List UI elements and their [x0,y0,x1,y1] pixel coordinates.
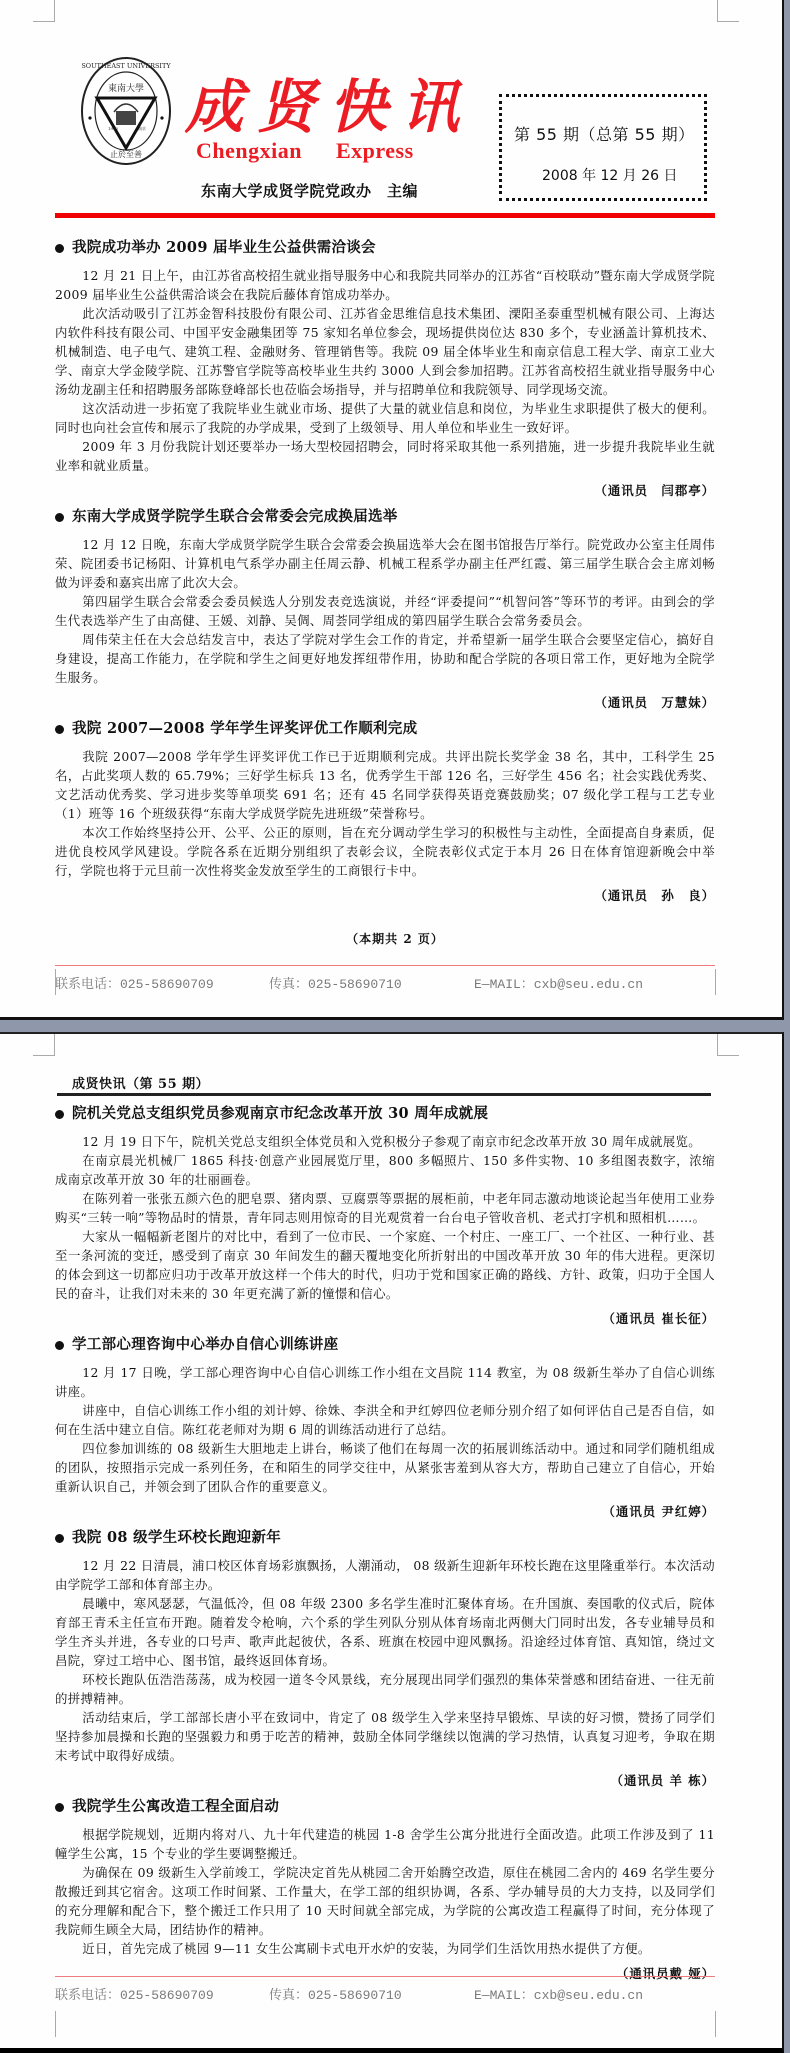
article-paragraph: 2009 年 3 月份我院计划还要举办一场大型校园招聘会，同时将采取其他一系列措… [55,437,715,475]
page-footer: 联系电话：025-58690709 传真：025-58690710 E—MAIL… [55,1984,715,2003]
article-paragraph: 在南京晨光机械厂 1865 科技·创意产业园展览厅里，800 多幅照片、150 … [55,1151,715,1189]
article-paragraph: 晨曦中，寒风瑟瑟，气温低冷，但 08 年级 2300 多名学生准时汇聚体育场。在… [55,1594,715,1670]
article-paragraph: 12 月 12 日晚，东南大学成贤学院学生联合会常委会换届选举大会在图书馆报告厅… [55,535,715,592]
article-headline: 学工部心理咨询中心举办自信心训练讲座 [55,1333,715,1357]
article-paragraph: 12 月 19 日下午，院机关党总支组织全体党员和入党积极分子参观了南京市纪念改… [55,1132,715,1151]
bullet-icon [55,1110,64,1119]
page2-articles: 院机关党总支组织党员参观南京市纪念改革开放 30 周年成就展 12 月 19 日… [55,1102,715,1988]
svg-text:南京: 南京 [138,125,146,131]
bullet-icon [55,513,64,522]
crop-mark-top-right [717,0,739,22]
document-page-1: 東南大學 SOUTHEAST UNIVERSITY 1902 南京 止於至善 成… [0,0,784,1020]
article-paragraph: 我院 2007—2008 学年学生评奖评优工作已于近期顺利完成。共评出院长奖学金… [55,747,715,823]
contact-fax: 传真：025-58690710 [269,1984,474,2003]
article-headline: 院机关党总支组织党员参观南京市纪念改革开放 30 周年成就展 [55,1102,715,1126]
crop-mark-top-right [717,1034,739,1056]
footer-divider [55,965,715,966]
article-paragraph: 周伟荣主任在大会总结发言中，表达了学院对学生会工作的肯定，并希望新一届学生联合会… [55,630,715,687]
bullet-icon [55,244,64,253]
article-headline: 我院学生公寓改造工程全面启动 [55,1795,715,1819]
contact-phone: 联系电话：025-58690709 [55,973,269,992]
article-paragraph: 第四届学生联合会常委会委员候选人分别发表竞选演说，并经“评委提问”“机智问答”等… [55,592,715,630]
bullet-icon [55,1803,64,1812]
svg-text:止於至善: 止於至善 [110,149,142,159]
article-paragraph: 根据学院规划，近期内将对八、九十年代建造的桃园 1-8 舍学生公寓分批进行全面改… [55,1825,715,1863]
crop-mark-bottom-right [715,2011,716,2037]
article-paragraph: 四位参加训练的 08 级新生大胆地走上讲台，畅谈了他们在每周一次的拓展训练活动中… [55,1439,715,1496]
masthead-divider [55,213,715,218]
article: 院机关党总支组织党员参观南京市纪念改革开放 30 周年成就展 12 月 19 日… [55,1102,715,1328]
crop-mark-top-left [33,1034,55,1056]
article: 我院 2007—2008 学年学生评奖评优工作顺利完成 我院 2007—2008… [55,717,715,905]
article-byline: （通讯员戴 娅） [55,1964,715,1983]
contact-email: E—MAIL：cxb@seu.edu.cn [474,1984,643,2003]
article-paragraph: 为确保在 09 级新生入学前竣工，学院决定首先从桃园二舍开始腾空改造，原住在桃园… [55,1863,715,1939]
article-paragraph: 环校长跑队伍浩浩荡荡，成为校园一道冬令风景线，充分展现出同学们强烈的集体荣誉感和… [55,1670,715,1708]
contact-fax: 传真：025-58690710 [269,973,474,992]
article-paragraph: 近日，首先完成了桃园 9—11 女生公寓刷卡式电开水炉的安装，为同学们生活饮用热… [55,1939,715,1958]
article-headline: 东南大学成贤学院学生联合会常委会完成换届选举 [55,505,715,529]
article-paragraph: 大家从一幅幅新老图片的对比中，看到了一位市民、一个家庭、一个村庄、一座工厂、一个… [55,1227,715,1303]
footer-divider [55,1976,715,1977]
article: 我院 08 级学生环校长跑迎新年 12 月 22 日清晨，浦口校区体育场彩旗飘扬… [55,1526,715,1790]
article: 我院学生公寓改造工程全面启动 根据学院规划，近期内将对八、九十年代建造的桃园 1… [55,1795,715,1983]
article: 我院成功举办 2009 届毕业生公益供需洽谈会 12 月 21 日上午，由江苏省… [55,236,715,500]
article-byline: （通讯员 尹红婷） [55,1502,715,1521]
article-paragraph: 这次活动进一步拓宽了我院毕业生就业市场、提供了大量的就业信息和岗位，为毕业生求职… [55,399,715,437]
newsletter-title-cn: 成贤快讯 [185,60,473,144]
article-headline: 我院成功举办 2009 届毕业生公益供需洽谈会 [55,236,715,260]
article-byline: （通讯员 羊 栋） [55,1771,715,1790]
university-seal-logo: 東南大學 SOUTHEAST UNIVERSITY 1902 南京 止於至善 [80,56,172,166]
article-paragraph: 活动结束后，学工部部长唐小平在致词中，肯定了 08 级学生入学来坚持早锻炼、早读… [55,1708,715,1765]
article-paragraph: 12 月 21 日上午，由江苏省高校招生就业指导服务中心和我院共同举办的江苏省“… [55,266,715,304]
newsletter-title-en: Chengxian Express [196,138,414,164]
article-paragraph: 讲座中，自信心训练工作小组的刘计婷、徐姝、李洪全和尹红婷四位老师分别介绍了如何评… [55,1401,715,1439]
editor-credit: 东南大学成贤学院党政办 主编 [201,180,418,201]
bullet-icon [55,1341,64,1350]
contact-email: E—MAIL：cxb@seu.edu.cn [474,973,643,992]
bullet-icon [55,725,64,734]
page-count-note: （本期共 2 页） [0,930,790,947]
article-paragraph: 12 月 22 日清晨，浦口校区体育场彩旗飘扬，人潮涌动， 08 级新生迎新年环… [55,1556,715,1594]
crop-mark-top-left [33,0,55,22]
issue-info-box: 第 55 期（总第 55 期） 2008 年 12 月 26 日 [499,94,707,201]
crop-mark-bottom-left [55,969,56,995]
page-footer: 联系电话：025-58690709 传真：025-58690710 E—MAIL… [55,973,715,992]
article-headline: 我院 08 级学生环校长跑迎新年 [55,1526,715,1550]
article: 东南大学成贤学院学生联合会常委会完成换届选举 12 月 12 日晚，东南大学成贤… [55,505,715,712]
header-divider [57,1093,711,1096]
page1-articles: 我院成功举办 2009 届毕业生公益供需洽谈会 12 月 21 日上午，由江苏省… [55,236,715,910]
crop-mark-bottom-left [55,2011,56,2037]
article-paragraph: 在陈列着一张张五颜六色的肥皂票、猪肉票、豆腐票等票据的展柜前，中老年同志激动地谈… [55,1189,715,1227]
article-byline: （通讯员 万慧妹） [55,693,715,712]
article: 学工部心理咨询中心举办自信心训练讲座 12 月 17 日晚，学工部心理咨询中心自… [55,1333,715,1521]
article-byline: （通讯员 孙 良） [55,886,715,905]
crop-mark-bottom-right [715,969,716,995]
issue-number: 第 55 期（总第 55 期） [514,122,695,145]
running-header: 成贤快讯（第 55 期） [72,1073,209,1092]
issue-date: 2008 年 12 月 26 日 [542,165,678,185]
article-paragraph: 此次活动吸引了江苏金智科技股份有限公司、江苏省金思维信息技术集团、溧阳圣泰重型机… [55,304,715,399]
svg-text:SOUTHEAST UNIVERSITY: SOUTHEAST UNIVERSITY [81,62,171,70]
contact-phone: 联系电话：025-58690709 [55,1984,269,2003]
bullet-icon [55,1534,64,1543]
article-byline: （通讯员 闫郡亭） [55,481,715,500]
article-headline: 我院 2007—2008 学年学生评奖评优工作顺利完成 [55,717,715,741]
svg-text:1902: 1902 [108,126,119,131]
article-paragraph: 12 月 17 日晚，学工部心理咨询中心自信心训练工作小组在文昌院 114 教室… [55,1363,715,1401]
article-paragraph: 本次工作始终坚持公开、公平、公正的原则，旨在充分调动学生学习的积极性与主动性，全… [55,823,715,880]
svg-text:東南大學: 東南大學 [108,82,144,94]
article-byline: （通讯员 崔长征） [55,1309,715,1328]
